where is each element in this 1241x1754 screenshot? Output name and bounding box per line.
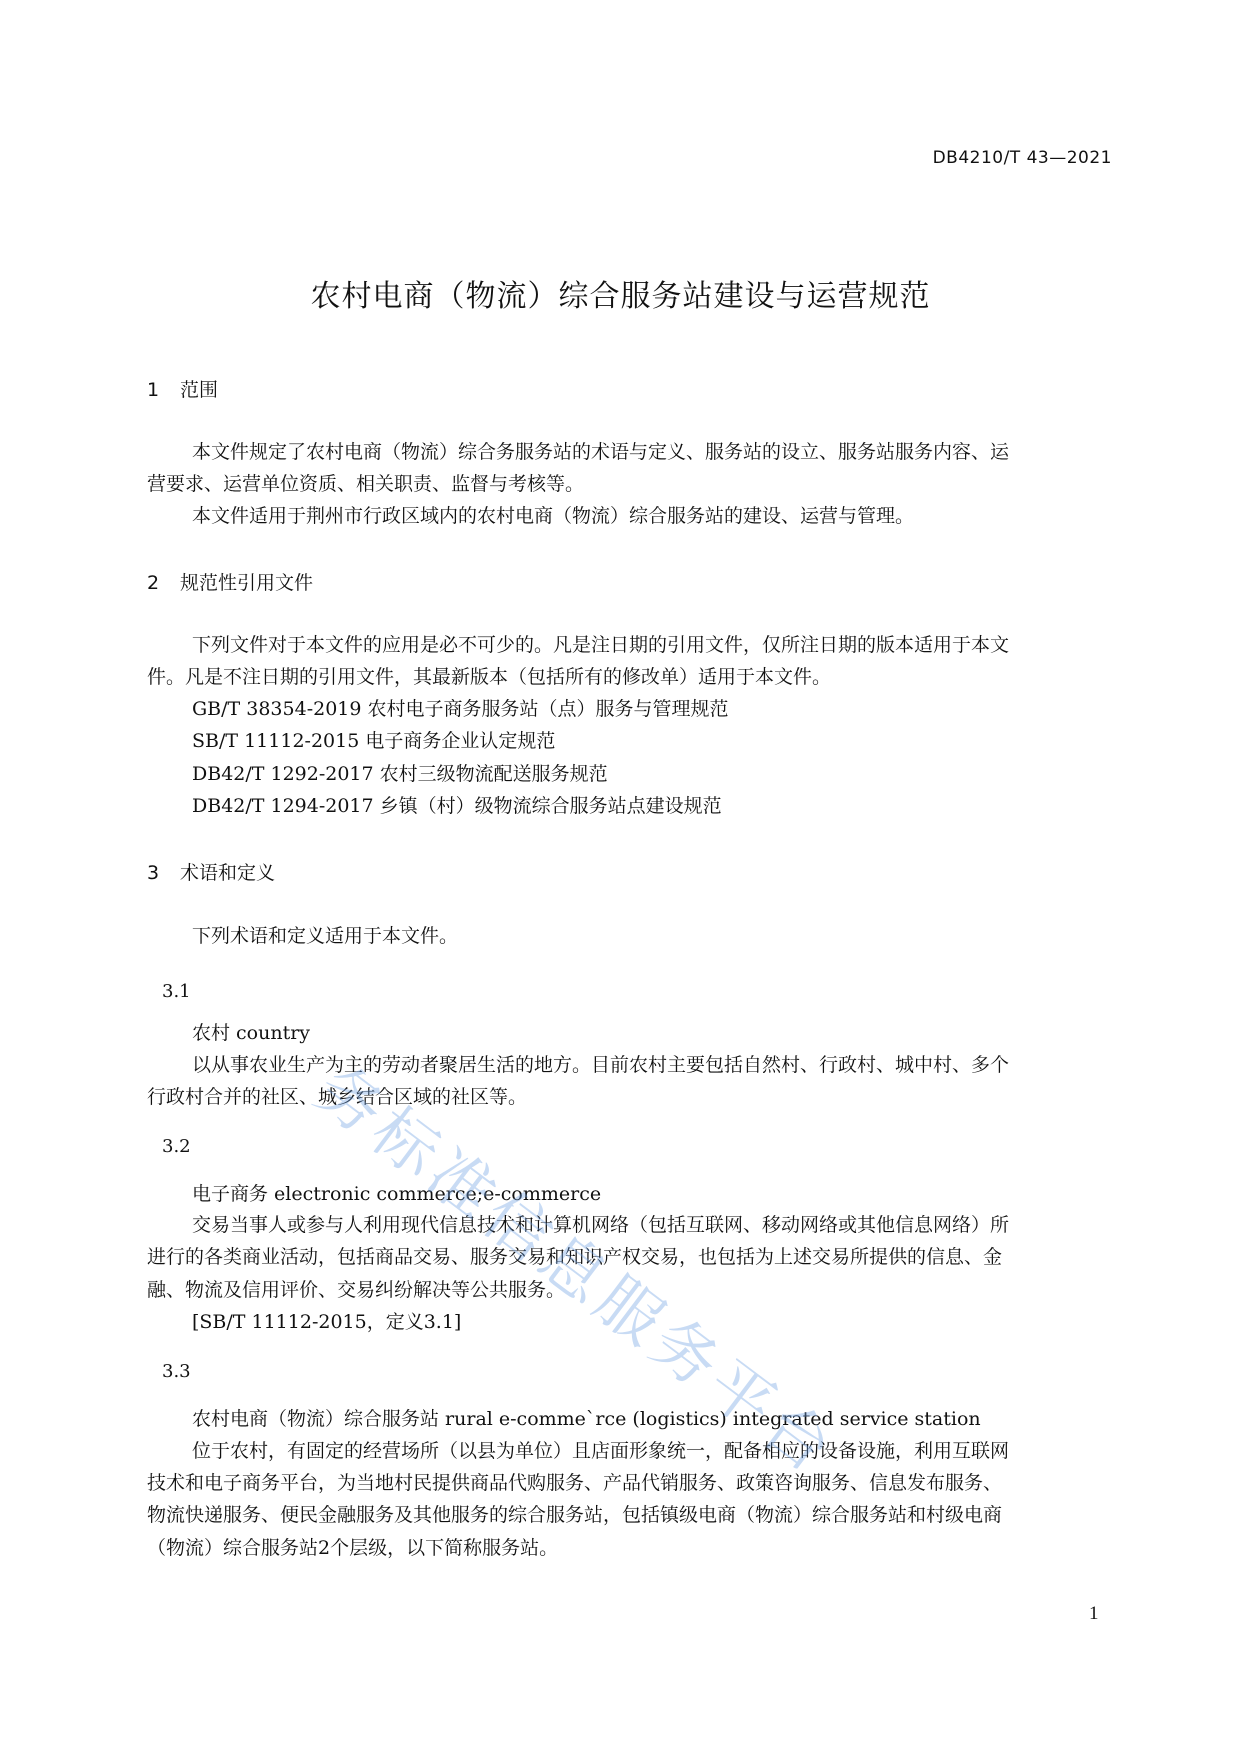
reference-item: DB42/T 1292-2017 农村三级物流配送服务规范 — [192, 758, 608, 790]
section-3-heading: 3术语和定义 — [147, 858, 275, 885]
paragraph-line: 营要求、运营单位资质、相关职责、监督与考核等。 — [147, 468, 584, 500]
term-definition-line: 位于农村，有固定的经营场所（以县为单位）且店面形象统一，配备相应的设备设施，利用… — [192, 1435, 1009, 1467]
term-number: 3.3 — [162, 1356, 191, 1388]
term-name: 电子商务 electronic commerce;e-commerce — [192, 1178, 601, 1210]
term-name: 农村电商（物流）综合服务站 rural e-comme`rce (logisti… — [192, 1403, 981, 1435]
section-title: 范围 — [180, 379, 218, 401]
reference-item: DB42/T 1294-2017 乡镇（村）级物流综合服务站点建设规范 — [192, 790, 722, 822]
page-number: 1 — [1089, 1603, 1099, 1625]
paragraph-line: 本文件适用于荆州市行政区域内的农村电商（物流）综合服务站的建设、运营与管理。 — [192, 500, 914, 532]
term-name: 农村 country — [192, 1017, 310, 1049]
term-definition-line: 进行的各类商业活动，包括商品交易、服务交易和知识产权交易，也包括为上述交易所提供… — [147, 1241, 1002, 1273]
section-title: 术语和定义 — [180, 862, 275, 884]
standard-code: DB4210/T 43—2021 — [933, 148, 1112, 168]
term-number: 3.1 — [162, 976, 191, 1008]
paragraph-line: 下列文件对于本文件的应用是必不可少的。凡是注日期的引用文件，仅所注日期的版本适用… — [192, 629, 1009, 661]
section-number: 1 — [147, 379, 180, 401]
section-number: 2 — [147, 572, 180, 594]
paragraph-line: 本文件规定了农村电商（物流）综合务服务站的术语与定义、服务站的设立、服务站服务内… — [192, 436, 1009, 468]
term-definition-line: 物流快递服务、便民金融服务及其他服务的综合服务站，包括镇级电商（物流）综合服务站… — [147, 1499, 1002, 1531]
paragraph-line: 下列术语和定义适用于本文件。 — [192, 920, 458, 952]
term-definition-line: 以从事农业生产为主的劳动者聚居生活的地方。目前农村主要包括自然村、行政村、城中村… — [192, 1049, 1009, 1081]
section-number: 3 — [147, 862, 180, 884]
section-1-heading: 1范围 — [147, 375, 218, 402]
term-source-note: [SB/T 11112-2015，定义3.1] — [192, 1306, 461, 1338]
paragraph-line: 件。凡是不注日期的引用文件，其最新版本（包括所有的修改单）适用于本文件。 — [147, 661, 831, 693]
reference-item: GB/T 38354-2019 农村电子商务服务站（点）服务与管理规范 — [192, 693, 729, 725]
term-definition-line: 行政村合并的社区、城乡结合区域的社区等。 — [147, 1081, 527, 1113]
section-title: 规范性引用文件 — [180, 572, 313, 594]
term-definition-line: 技术和电子商务平台，为当地村民提供商品代购服务、产品代销服务、政策咨询服务、信息… — [147, 1467, 1002, 1499]
document-title: 农村电商（物流）综合服务站建设与运营规范 — [0, 271, 1241, 315]
term-number: 3.2 — [162, 1131, 191, 1163]
term-definition-line: 融、物流及信用评价、交易纠纷解决等公共服务。 — [147, 1274, 565, 1306]
section-2-heading: 2规范性引用文件 — [147, 568, 313, 595]
reference-item: SB/T 11112-2015 电子商务企业认定规范 — [192, 725, 555, 757]
term-definition-line: 交易当事人或参与人利用现代信息技术和计算机网络（包括互联网、移动网络或其他信息网… — [192, 1209, 1009, 1241]
term-definition-line: （物流）综合服务站2个层级，以下简称服务站。 — [147, 1532, 558, 1564]
